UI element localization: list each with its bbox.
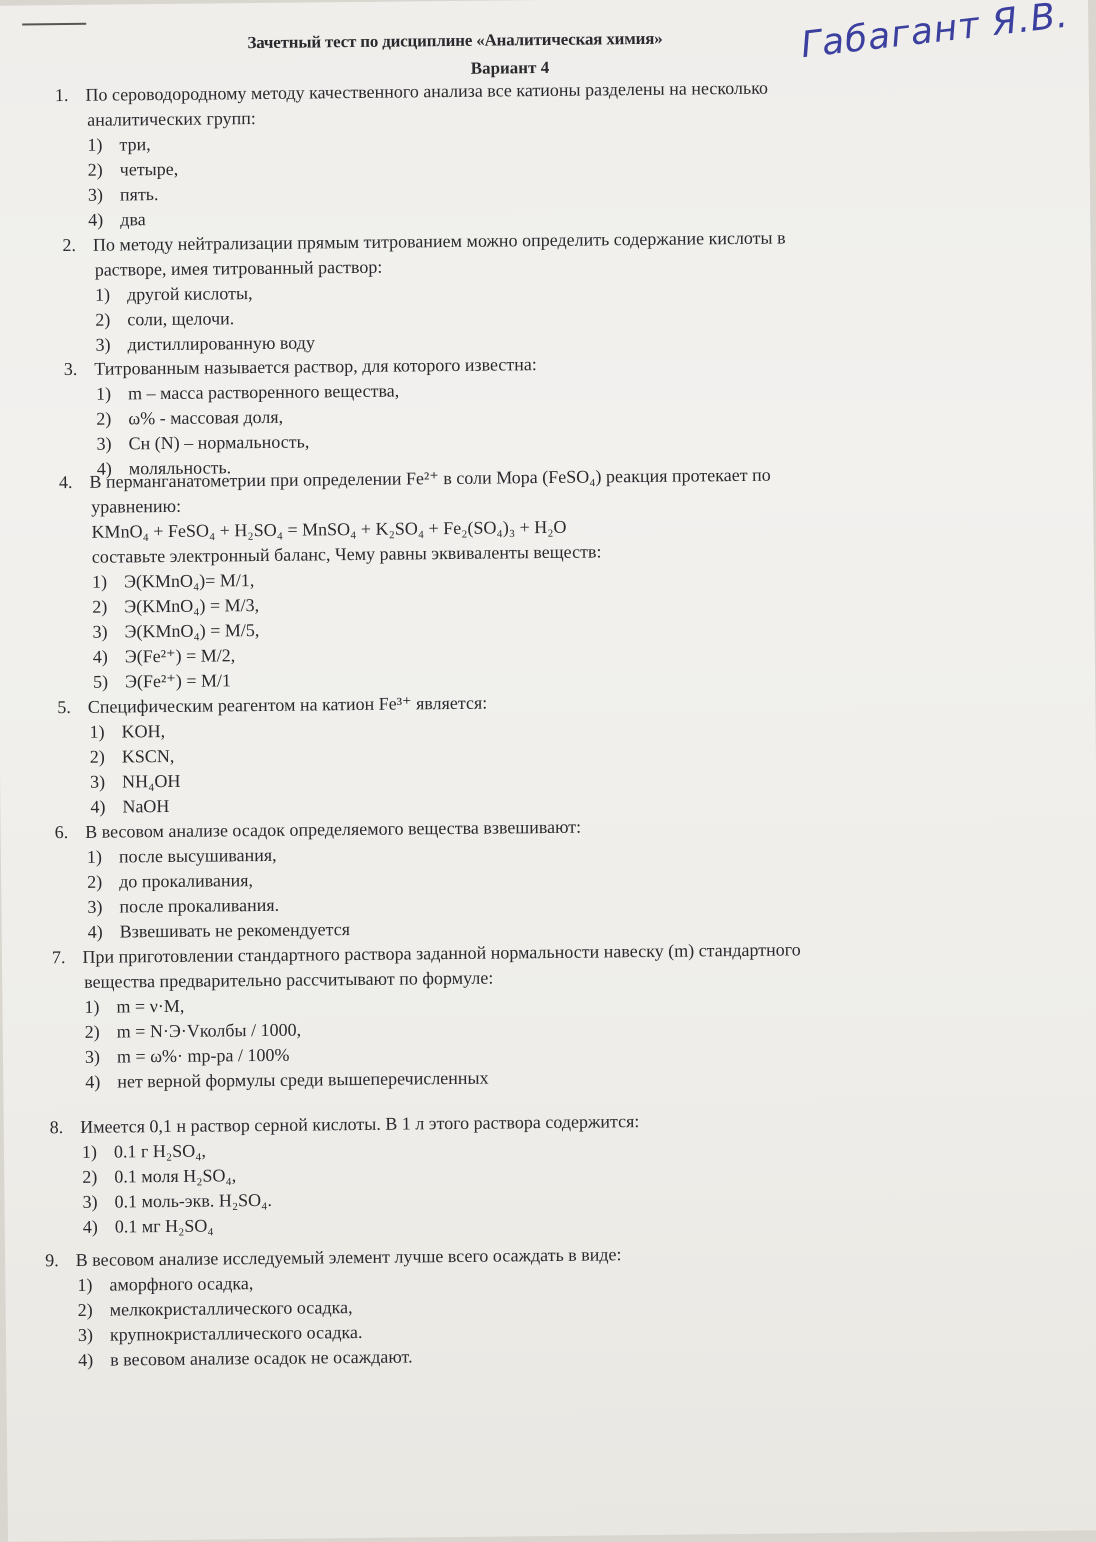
question-number: 1. — [55, 83, 81, 108]
option-number: 3) — [88, 182, 120, 207]
option-number: 2) — [88, 157, 120, 182]
option-number: 3) — [87, 894, 119, 919]
questions-list: 1. По сероводородному методу качественно… — [0, 0, 1088, 6]
handwritten-signature: Габагант Я.В. — [799, 0, 1071, 66]
question-7: 7. При приготовлении стандартного раство… — [52, 937, 802, 1095]
question-number: 5. — [57, 695, 83, 720]
option-number: 1) — [89, 719, 121, 744]
option-number: 4) — [93, 644, 125, 669]
test-sheet: Зачетный тест по дисциплине «Аналитическ… — [0, 0, 1096, 1536]
option-number: 4) — [85, 1070, 117, 1095]
question-number: 6. — [55, 820, 81, 845]
question-number: 8. — [50, 1115, 76, 1140]
option-number: 2) — [87, 869, 119, 894]
question-number: 9. — [45, 1248, 71, 1273]
option-number: 1) — [82, 1140, 114, 1165]
question-number: 2. — [62, 233, 88, 258]
option-number: 3) — [78, 1323, 110, 1348]
option-number: 2) — [78, 1298, 110, 1323]
option-number: 3) — [95, 332, 127, 357]
option-number: 1) — [96, 381, 128, 406]
question-2: 2. По методу нейтрализации прямым титров… — [62, 225, 786, 358]
option-number: 4) — [83, 1215, 115, 1240]
option-number: 3) — [90, 769, 122, 794]
option-number: 4) — [88, 207, 120, 232]
variant-label: Вариант 4 — [471, 58, 550, 79]
option-number: 1) — [84, 995, 116, 1020]
question-8: 8. Имеется 0,1 н раствор серной кислоты.… — [50, 1109, 641, 1240]
option-number: 2) — [96, 406, 128, 431]
question-stem: 3. Титрованным называется раствор, для к… — [64, 352, 537, 382]
option-number: 2) — [82, 1165, 114, 1190]
question-5: 5. Специфическим реагентом на катион Fe³… — [57, 691, 488, 820]
question-stem: 5. Специфическим реагентом на катион Fe³… — [57, 691, 487, 721]
decorative-line — [22, 23, 86, 26]
answer-option: 4)в весовом анализе осадок не осаждают. — [46, 1342, 623, 1373]
option-number: 3) — [92, 619, 124, 644]
question-4: 4. В перманганатометрии при определении … — [59, 463, 773, 695]
question-6: 6. В весовом анализе осадок определяемог… — [55, 815, 583, 946]
document-title: Зачетный тест по дисциплине «Аналитическ… — [247, 29, 662, 53]
option-number: 2) — [95, 307, 127, 332]
question-number: 3. — [64, 357, 90, 382]
option-number: 1) — [77, 1273, 109, 1298]
option-number: 2) — [85, 1020, 117, 1045]
option-number: 4) — [88, 919, 120, 944]
question-1: 1. По сероводородному методу качественно… — [55, 76, 770, 233]
option-number: 3) — [96, 431, 128, 456]
option-number: 1) — [87, 844, 119, 869]
option-number: 4) — [90, 794, 122, 819]
option-number: 3) — [82, 1190, 114, 1215]
option-number: 2) — [92, 594, 124, 619]
option-number: 1) — [92, 569, 124, 594]
question-number: 4. — [59, 470, 85, 495]
option-number: 3) — [85, 1045, 117, 1070]
option-number: 1) — [87, 132, 119, 157]
question-9: 9. В весовом анализе исследуемый элемент… — [45, 1242, 623, 1373]
option-number: 2) — [90, 744, 122, 769]
option-number: 5) — [93, 669, 125, 694]
option-number: 1) — [95, 282, 127, 307]
question-3: 3. Титрованным называется раствор, для к… — [64, 352, 538, 482]
option-number: 4) — [78, 1348, 110, 1373]
question-number: 7. — [52, 945, 78, 970]
answer-option: 4)0.1 мг H₂SO₄ — [51, 1209, 641, 1240]
